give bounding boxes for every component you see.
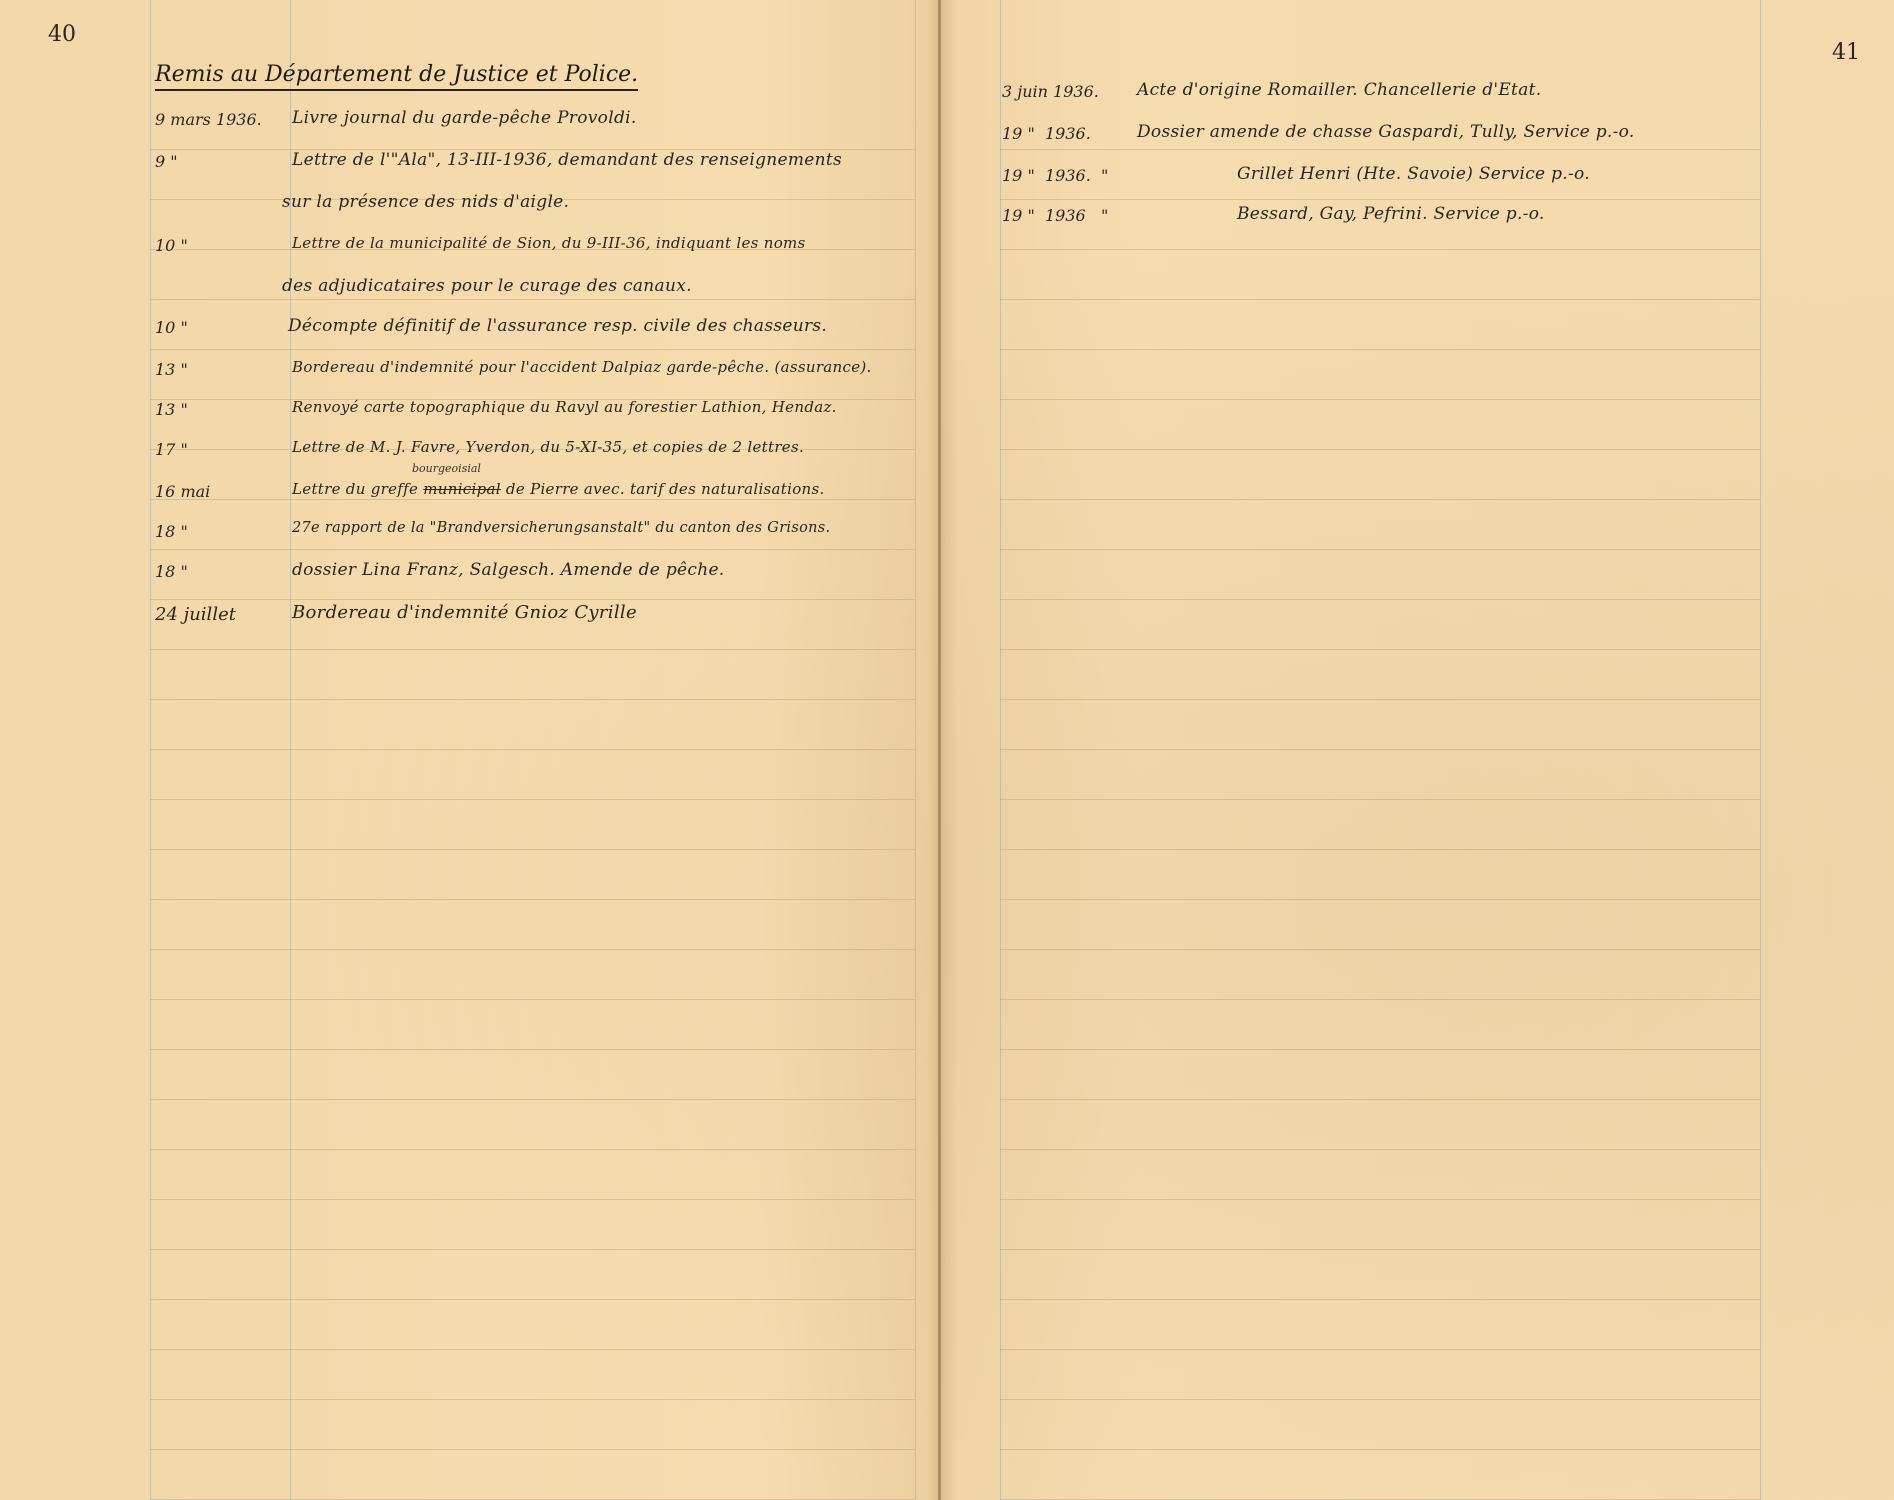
entry-text: Lettre de l'"Ala", 13-III-1936, demandan… — [292, 150, 842, 170]
book-gutter — [938, 0, 941, 1500]
entry-text: Lettre de la municipalité de Sion, du 9-… — [292, 234, 806, 252]
entry-text: Lettre de M. J. Favre, Yverdon, du 5-XI-… — [292, 438, 804, 456]
entry-date: 17 " — [155, 440, 188, 459]
entry-text: Lettre du greffe municipal de Pierre ave… — [292, 480, 825, 498]
ledger-spread: 40 Remis au Département de Justice et Po… — [0, 0, 1894, 1500]
entry-date: 24 juillet — [155, 604, 236, 625]
date-column-rule — [290, 0, 291, 1500]
interlinear-insert: bourgeoisial — [412, 462, 481, 475]
page-heading: Remis au Département de Justice et Polic… — [155, 62, 638, 91]
entry-text: Bessard, Gay, Pefrini. Service p.-o. — [1237, 204, 1545, 224]
margin-rule — [1000, 0, 1001, 1500]
page-number: 41 — [1832, 40, 1860, 65]
entry-continuation: des adjudicataires pour le curage des ca… — [282, 276, 692, 296]
entry-date: 13 " — [155, 400, 188, 419]
right-edge-rule — [1760, 0, 1761, 1500]
entry-date: 13 " — [155, 360, 188, 379]
entry-text: dossier Lina Franz, Salgesch. Amende de … — [292, 560, 725, 580]
entry-date: 19 " 1936. " — [1002, 166, 1108, 185]
entry-date: 19 " 1936. — [1002, 124, 1091, 143]
text-before: Lettre du greffe — [292, 480, 418, 498]
entry-date: 9 " — [155, 152, 178, 171]
ruled-lines — [150, 100, 915, 1500]
entry-date: 18 " — [155, 522, 188, 541]
struck-word: municipal — [423, 480, 501, 498]
entry-continuation: sur la présence des nids d'aigle. — [282, 192, 569, 212]
right-edge-rule — [915, 0, 916, 1500]
entry-text: Décompte définitif de l'assurance resp. … — [288, 316, 827, 336]
entry-text: Renvoyé carte topographique du Ravyl au … — [292, 398, 837, 416]
text-after: de Pierre avec. tarif des naturalisation… — [506, 480, 825, 498]
entry-date: 19 " 1936 " — [1002, 206, 1108, 225]
left-page: 40 Remis au Département de Justice et Po… — [0, 0, 940, 1500]
entry-text: Acte d'origine Romailler. Chancellerie d… — [1137, 80, 1541, 100]
ruled-lines — [1000, 100, 1760, 1500]
entry-text: Dossier amende de chasse Gaspardi, Tully… — [1137, 122, 1635, 142]
page-number: 40 — [48, 22, 76, 47]
entry-date: 10 " — [155, 236, 188, 255]
entry-text: 27e rapport de la "Brandversicherungsans… — [292, 520, 830, 536]
entry-text: Bordereau d'indemnité Gnioz Cyrille — [292, 602, 637, 623]
margin-rule — [150, 0, 151, 1500]
entry-date: 10 " — [155, 318, 188, 337]
entry-text: Grillet Henri (Hte. Savoie) Service p.-o… — [1237, 164, 1590, 184]
entry-date: 16 mai — [155, 482, 210, 501]
entry-date: 9 mars 1936. — [155, 110, 262, 129]
entry-text: Bordereau d'indemnité pour l'accident Da… — [292, 358, 872, 376]
entry-date: 18 " — [155, 562, 188, 581]
entry-text: Livre journal du garde-pêche Provoldi. — [292, 108, 637, 128]
entry-date: 3 juin 1936. — [1002, 82, 1099, 101]
right-page: 41 3 juin 1936. Acte d'origine Romailler… — [942, 0, 1894, 1500]
